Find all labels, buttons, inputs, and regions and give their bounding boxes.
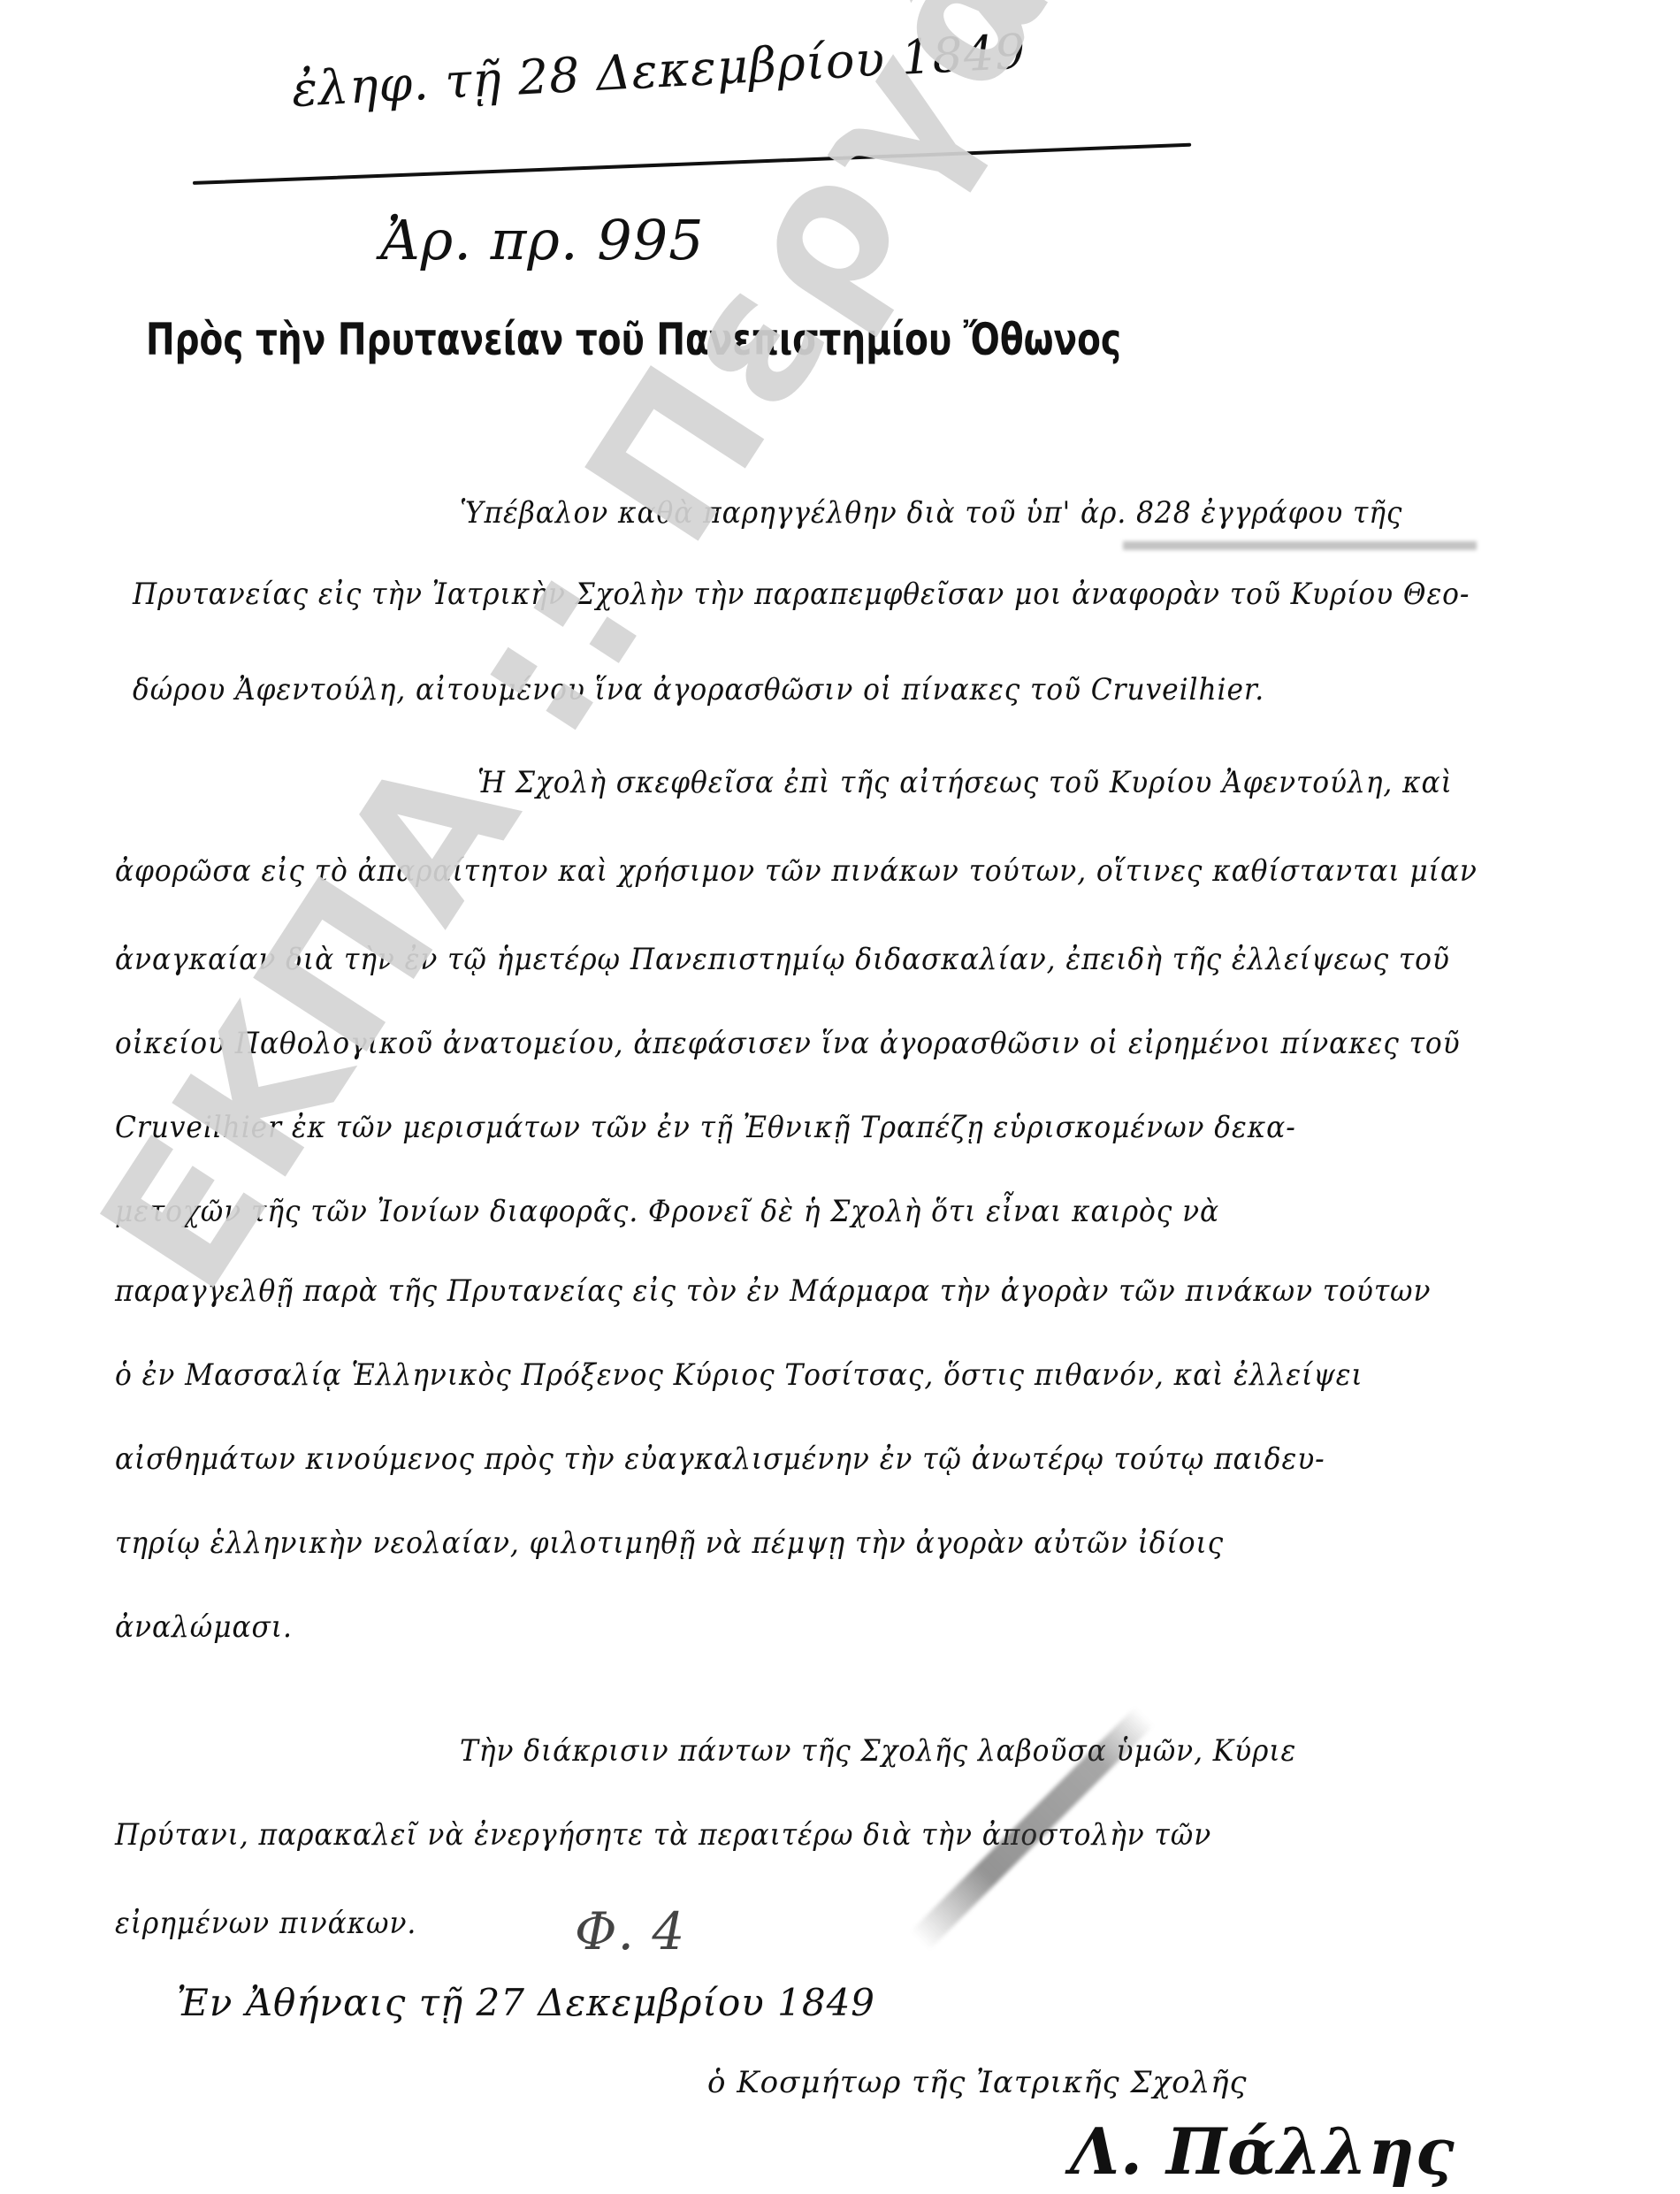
document-page: ἐληφ. τῇ 28 Δεκεμβρίου 1849 Ἀρ. πρ. 995 … [0, 0, 1680, 2194]
body-line: ἀφορῶσα εἰς τὸ ἀπαραίτητον καὶ χρήσιμον … [115, 853, 1478, 889]
header-divider [193, 143, 1191, 185]
body-line: μετοχῶν τῆς τῶν Ἰονίων διαφορᾶς. Φρονεῖ … [115, 1194, 1219, 1229]
addressee-heading: Πρὸς τὴν Πρυτανείαν τοῦ Πανεπιστημίου Ὄθ… [146, 314, 1121, 365]
signature: Λ. Πάλλης [1070, 2114, 1455, 2189]
body-line: Cruveilhier ἐκ τῶν μερισμάτων τῶν ἐν τῇ … [115, 1110, 1296, 1145]
body-line: ἀναγκαίαν διὰ τὴν ἐν τῷ ἡμετέρῳ Πανεπιστ… [115, 942, 1450, 977]
body-line: Τὴν διάκρισιν πάντων τῆς Σχολῆς λαβοῦσα … [460, 1733, 1296, 1769]
body-line: αἰσθημάτων κινούμενος πρὸς τὴν εὐαγκαλισ… [115, 1441, 1325, 1477]
place-date: Ἐν Ἀθήναις τῇ 27 Δεκεμβρίου 1849 [177, 1981, 875, 2024]
signatory-title: ὁ Κοσμήτωρ τῆς Ἰατρικῆς Σχολῆς [707, 2065, 1248, 2100]
body-line: τηρίῳ ἑλληνικὴν νεολαίαν, φιλοτιμηθῇ νὰ … [115, 1525, 1224, 1561]
body-line: Πρυτανείας εἰς τὴν Ἰατρικὴν Σχολὴν τὴν π… [133, 577, 1470, 612]
ink-smudge [1123, 541, 1477, 550]
body-line: ὁ ἐν Μασσαλίᾳ Ἑλληνικὸς Πρόξενος Κύριος … [115, 1357, 1363, 1393]
body-line: παραγγελθῇ παρὰ τῆς Πρυτανείας εἰς τὸν ἐ… [115, 1273, 1431, 1309]
receipt-note: ἐληφ. τῇ 28 Δεκεμβρίου 1849 [290, 24, 1027, 118]
protocol-number: Ἀρ. πρ. 995 [380, 208, 705, 272]
body-line: Ἡ Σχολὴ σκεφθεῖσα ἐπὶ τῆς αἰτήσεως τοῦ Κ… [477, 765, 1453, 800]
body-line: εἰρημένων πινάκων. [115, 1906, 416, 1941]
body-line: οἰκείου Παθολογικοῦ ἀνατομείου, ἀπεφάσισ… [115, 1026, 1461, 1061]
body-line: δώρου Ἀφεντούλη, αἰτουμένου ἵνα ἀγορασθῶ… [133, 672, 1264, 707]
body-line: ἀναλώμασι. [115, 1609, 293, 1645]
body-line: Ὑπέβαλον καθὰ παρηγγέλθην διὰ τοῦ ὑπ' ἀρ… [460, 495, 1402, 531]
initials-mark: Φ. 4 [575, 1901, 685, 1961]
